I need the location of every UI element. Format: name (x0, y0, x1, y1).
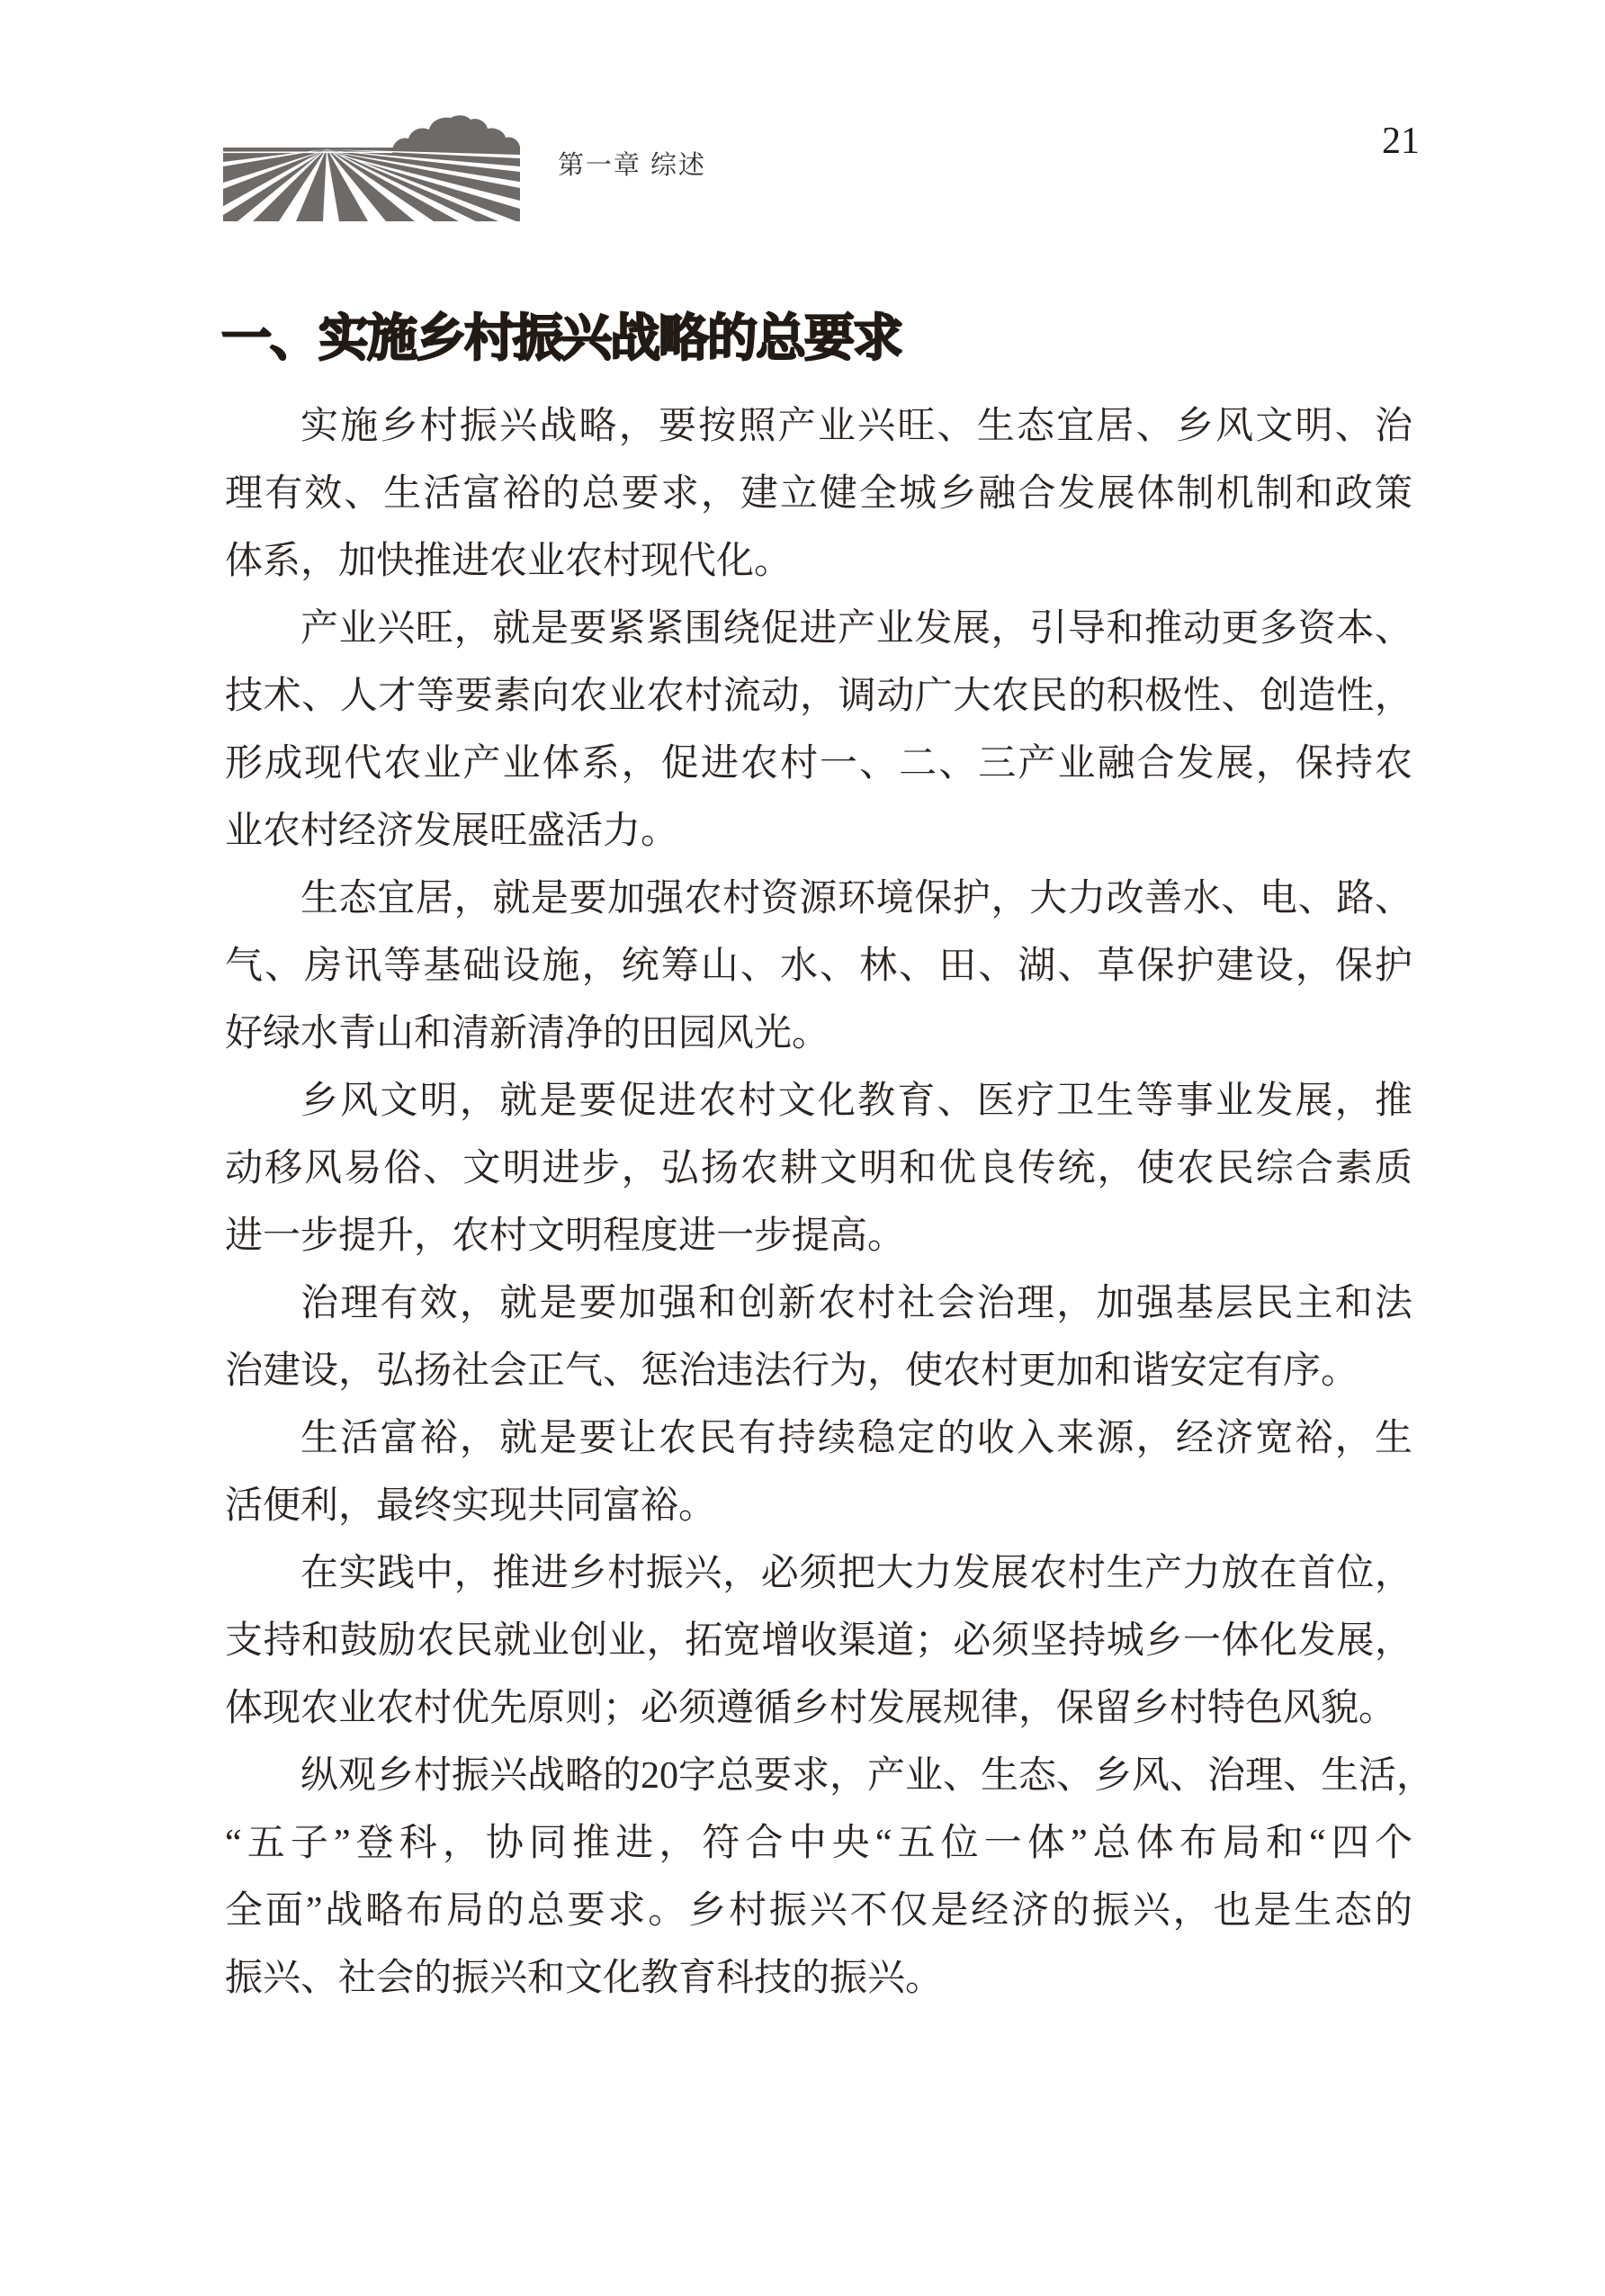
text-line: 活便利，最终实现共同富裕。 (225, 1473, 1412, 1540)
text-line: 技术、人才等要素向农业农村流动，调动广大农民的积极性、创造性， (225, 663, 1412, 731)
page-number: 21 (1382, 121, 1420, 162)
paragraph: 生活富裕，就是要让农民有持续稳定的收入来源，经济宽裕，生活便利，最终实现共同富裕… (225, 1405, 1412, 1540)
text-line: 产业兴旺，就是要紧紧围绕促进产业发展，引导和推动更多资本、 (225, 596, 1412, 663)
farm-field-illustration (223, 115, 520, 221)
text-line: 治理有效，就是要加强和创新农村社会治理，加强基层民主和法 (225, 1270, 1412, 1338)
text-line: 全面”战略布局的总要求。乡村振兴不仅是经济的振兴，也是生态的 (225, 1878, 1412, 1945)
text-line: 理有效、生活富裕的总要求，建立健全城乡融合发展体制机制和政策 (225, 461, 1412, 528)
paragraph: 治理有效，就是要加强和创新农村社会治理，加强基层民主和法治建设，弘扬社会正气、惩… (225, 1270, 1412, 1405)
text-line: 气、房讯等基础设施，统筹山、水、林、田、湖、草保护建设，保护 (225, 933, 1412, 1000)
document-page: 第一章 综述 21 一、实施乡村振兴战略的总要求 实施乡村振兴战略，要按照产业兴… (0, 0, 1605, 2296)
paragraph: 纵观乡村振兴战略的20字总要求，产业、生态、乡风、治理、生活，“五子”登科，协同… (225, 1743, 1412, 2013)
chapter-label: 第一章 综述 (558, 150, 706, 181)
text-line: 治建设，弘扬社会正气、惩治违法行为，使农村更加和谐安定有序。 (225, 1338, 1412, 1405)
section-heading: 一、实施乡村振兴战略的总要求 (221, 308, 1418, 369)
text-line: “五子”登科，协同推进，符合中央“五位一体”总体布局和“四个 (225, 1810, 1412, 1878)
text-line: 好绿水青山和清新清净的田园风光。 (225, 1000, 1412, 1068)
paragraph: 乡风文明，就是要促进农村文化教育、医疗卫生等事业发展，推动移风易俗、文明进步，弘… (225, 1068, 1412, 1270)
text-line: 在实践中，推进乡村振兴，必须把大力发展农村生产力放在首位， (225, 1540, 1412, 1608)
paragraph: 生态宜居，就是要加强农村资源环境保护，大力改善水、电、路、气、房讯等基础设施，统… (225, 865, 1412, 1068)
text-line: 动移风易俗、文明进步，弘扬农耕文明和优良传统，使农民综合素质 (225, 1135, 1412, 1203)
text-line: 体现农业农村优先原则；必须遵循乡村发展规律，保留乡村特色风貌。 (225, 1675, 1412, 1743)
text-line: 体系，加快推进农业农村现代化。 (225, 528, 1412, 596)
body-text: 实施乡村振兴战略，要按照产业兴旺、生态宜居、乡风文明、治理有效、生活富裕的总要求… (225, 393, 1412, 2013)
text-line: 实施乡村振兴战略，要按照产业兴旺、生态宜居、乡风文明、治 (225, 393, 1412, 461)
text-line: 形成现代农业产业体系，促进农村一、二、三产业融合发展，保持农 (225, 731, 1412, 798)
text-line: 业农村经济发展旺盛活力。 (225, 798, 1412, 865)
text-line: 支持和鼓励农民就业创业，拓宽增收渠道；必须坚持城乡一体化发展， (225, 1608, 1412, 1675)
paragraph: 产业兴旺，就是要紧紧围绕促进产业发展，引导和推动更多资本、技术、人才等要素向农业… (225, 596, 1412, 865)
text-line: 纵观乡村振兴战略的20字总要求，产业、生态、乡风、治理、生活， (225, 1743, 1412, 1810)
paragraph: 实施乡村振兴战略，要按照产业兴旺、生态宜居、乡风文明、治理有效、生活富裕的总要求… (225, 393, 1412, 596)
text-line: 振兴、社会的振兴和文化教育科技的振兴。 (225, 1945, 1412, 2013)
text-line: 乡风文明，就是要促进农村文化教育、医疗卫生等事业发展，推 (225, 1068, 1412, 1135)
paragraph: 在实践中，推进乡村振兴，必须把大力发展农村生产力放在首位，支持和鼓励农民就业创业… (225, 1540, 1412, 1743)
text-line: 生态宜居，就是要加强农村资源环境保护，大力改善水、电、路、 (225, 865, 1412, 933)
text-line: 进一步提升，农村文明程度进一步提高。 (225, 1203, 1412, 1270)
text-line: 生活富裕，就是要让农民有持续稳定的收入来源，经济宽裕，生 (225, 1405, 1412, 1473)
